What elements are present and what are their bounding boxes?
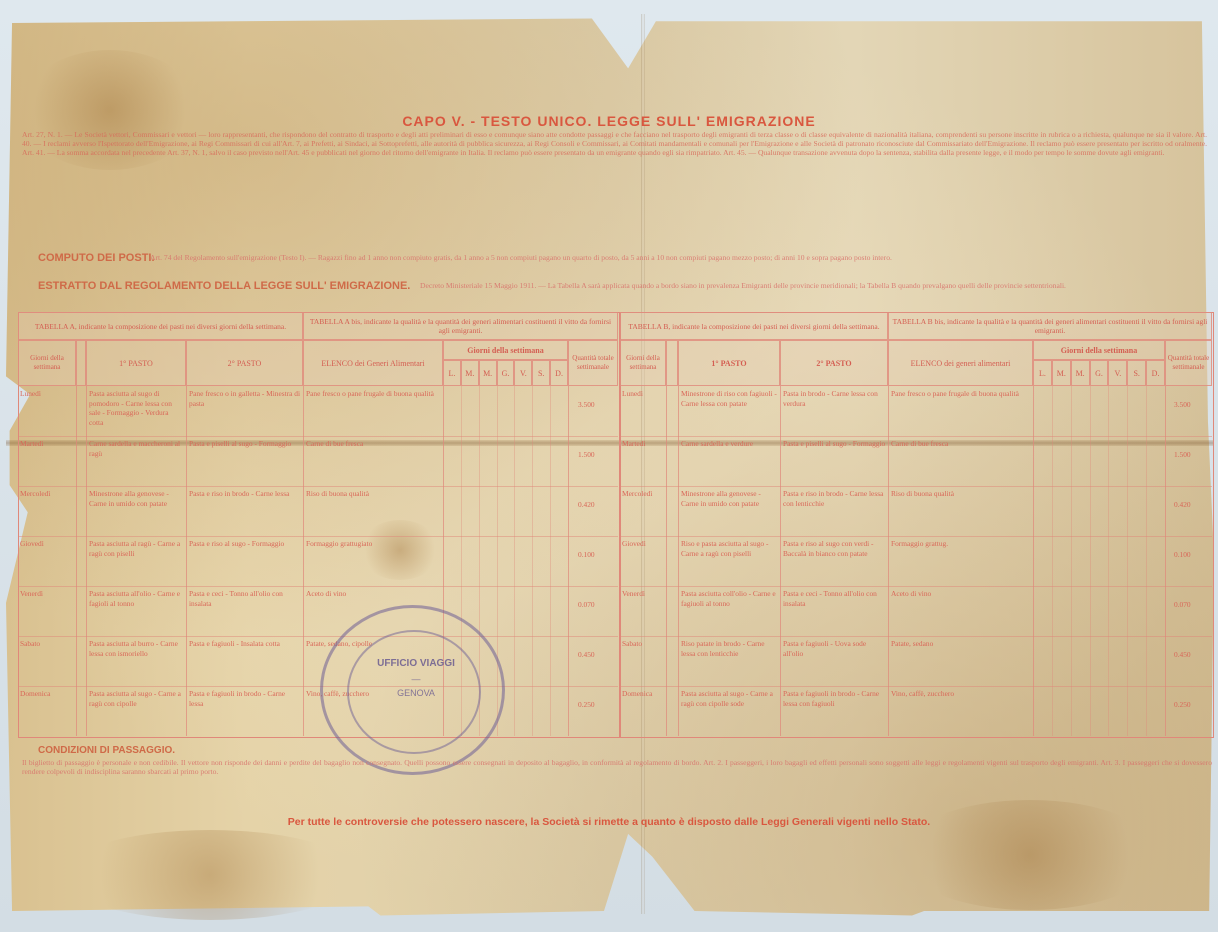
table-b-narrow-col — [666, 340, 678, 386]
row-total: 0.250 — [578, 700, 595, 709]
intro-paragraph: Art. 27, N. 1. — Le Società vettori, Com… — [22, 130, 1207, 248]
row-total: 0.070 — [1174, 600, 1191, 609]
weekday-header: V. — [514, 360, 532, 386]
row-food-item: Riso di buona qualità — [891, 489, 1031, 534]
row-day: Sabato — [20, 639, 75, 684]
table-a-first-meal-header: 1° PASTO — [86, 340, 186, 386]
row-first-meal: Minestrone alla genovese - Carne in umid… — [681, 489, 778, 534]
row-second-meal: Pasta e fagiuoli in brodo - Carne lessa — [189, 689, 301, 734]
row-first-meal: Carne sardella e maccheroni al ragù — [89, 439, 184, 484]
weekday-header: V. — [1108, 360, 1127, 386]
row-first-meal: Pasta asciutta al sugo di pomodoro - Car… — [89, 389, 184, 434]
row-divider — [620, 686, 1212, 687]
row-day: Venerdì — [622, 589, 666, 634]
row-food-item: Vino, caffè, zucchero — [891, 689, 1031, 734]
row-day: Martedì — [622, 439, 666, 484]
column-divider — [514, 386, 515, 736]
weekday-header: S. — [532, 360, 550, 386]
table-a-caption: TABELLA A, indicante la composizione dei… — [18, 312, 303, 340]
row-day: Mercoledì — [622, 489, 666, 534]
row-total: 0.420 — [1174, 500, 1191, 509]
row-second-meal: Pasta e piselli al sugo - Formaggio — [783, 439, 886, 484]
row-second-meal: Pasta e riso al sugo - Formaggio — [189, 539, 301, 584]
column-divider — [1165, 386, 1166, 736]
table-b-bis-caption: TABELLA B bis, indicante la qualità e la… — [888, 312, 1212, 340]
table-b-second-meal-header: 2° PASTO — [780, 340, 888, 386]
table-b-weekdays-header: Giorni della settimana — [1033, 340, 1165, 360]
weekday-header: L. — [443, 360, 461, 386]
row-divider — [620, 486, 1212, 487]
column-divider — [666, 386, 667, 736]
row-day: Domenica — [20, 689, 75, 734]
row-second-meal: Pasta e fagiuoli in brodo - Carne lessa … — [783, 689, 886, 734]
column-divider — [1146, 386, 1147, 736]
row-divider — [620, 436, 1212, 437]
column-divider — [1071, 386, 1072, 736]
row-first-meal: Pasta asciutta al sugo - Carne a ragù co… — [681, 689, 778, 734]
row-second-meal: Pasta e riso in brodo - Carne lessa — [189, 489, 301, 534]
table-b-day-header: Giorni della settimana — [620, 340, 666, 386]
weekday-header: D. — [550, 360, 568, 386]
row-day: Giovedì — [622, 539, 666, 584]
row-food-item: Formaggio grattug. — [891, 539, 1031, 584]
computo-heading: COMPUTO DEI POSTI. — [38, 252, 155, 264]
row-second-meal: Pasta in brodo - Carne lessa con verdura — [783, 389, 886, 434]
column-divider — [550, 386, 551, 736]
row-divider — [18, 636, 618, 637]
row-food-item: Pane fresco o pane frugale di buona qual… — [891, 389, 1031, 434]
row-day: Lunedì — [622, 389, 666, 434]
column-divider — [1052, 386, 1053, 736]
row-total: 0.100 — [578, 550, 595, 559]
row-total: 0.450 — [578, 650, 595, 659]
row-second-meal: Pasta e riso al sugo con verdi - Baccalà… — [783, 539, 886, 584]
row-food-item: Patate, sedano — [891, 639, 1031, 684]
column-divider — [678, 386, 679, 736]
weekday-header: G. — [1090, 360, 1109, 386]
column-divider — [888, 386, 889, 736]
column-divider — [86, 386, 87, 736]
row-second-meal: Pasta e piselli al sugo - Formaggio — [189, 439, 301, 484]
row-day: Venerdì — [20, 589, 75, 634]
estratto-text: Decreto Ministeriale 15 Maggio 1911. — L… — [420, 281, 1210, 301]
row-total: 1.500 — [1174, 450, 1191, 459]
row-divider — [18, 686, 618, 687]
stain — [60, 830, 360, 920]
conditions-heading: CONDIZIONI DI PASSAGGIO. — [38, 745, 175, 756]
column-divider — [1127, 386, 1128, 736]
weekday-header: M. — [1071, 360, 1090, 386]
row-divider — [18, 536, 618, 537]
column-divider — [780, 386, 781, 736]
column-divider — [1108, 386, 1109, 736]
row-total: 3.500 — [1174, 400, 1191, 409]
table-a-foods-header: ELENCO dei Generi Alimentari — [303, 340, 443, 386]
column-divider — [1033, 386, 1034, 736]
row-day: Domenica — [622, 689, 666, 734]
column-divider — [568, 386, 569, 736]
row-food-item: Carne di bue fresca — [306, 439, 441, 484]
row-first-meal: Pasta asciutta coll'olio - Carne e fagiu… — [681, 589, 778, 634]
row-food-item: Riso di buona qualità — [306, 489, 441, 534]
row-first-meal: Minestrone alla genovese - Carne in umid… — [89, 489, 184, 534]
row-total: 0.070 — [578, 600, 595, 609]
row-total: 0.450 — [1174, 650, 1191, 659]
row-first-meal: Minestrone di riso con fagiuoli - Carne … — [681, 389, 778, 434]
document-title: CAPO V. - TESTO UNICO. LEGGE SULL' EMIGR… — [0, 113, 1218, 129]
weekday-header: S. — [1127, 360, 1146, 386]
stamp-line-1: UFFICIO VIAGGI — [361, 658, 471, 669]
column-divider — [1090, 386, 1091, 736]
row-total: 1.500 — [578, 450, 595, 459]
row-day: Lunedì — [20, 389, 75, 434]
row-first-meal: Carne sardella e verdure — [681, 439, 778, 484]
row-total: 0.250 — [1174, 700, 1191, 709]
row-day: Martedì — [20, 439, 75, 484]
row-day: Sabato — [622, 639, 666, 684]
table-b-caption: TABELLA B, indicante la composizione dei… — [620, 312, 888, 340]
ink-stamp: UFFICIO VIAGGI — GENOVA — [320, 605, 505, 775]
row-divider — [18, 436, 618, 437]
row-second-meal: Pasta e riso in brodo - Carne lessa con … — [783, 489, 886, 534]
weekday-header: M. — [1052, 360, 1071, 386]
row-divider — [18, 586, 618, 587]
weekday-header: M. — [479, 360, 497, 386]
row-food-item: Pane fresco o pane frugale di buona qual… — [306, 389, 441, 434]
row-second-meal: Pasta e fagiuoli - Insalata cotta — [189, 639, 301, 684]
row-first-meal: Pasta asciutta al sugo - Carne a ragù co… — [89, 689, 184, 734]
weekday-header: L. — [1033, 360, 1052, 386]
row-day: Mercoledì — [20, 489, 75, 534]
table-a-weekdays-header: Giorni della settimana — [443, 340, 568, 360]
row-divider — [620, 636, 1212, 637]
row-second-meal: Pasta e ceci - Tonno all'olio con insala… — [783, 589, 886, 634]
table-a-day-header: Giorni della settimana — [18, 340, 76, 386]
weekday-header: M. — [461, 360, 479, 386]
conditions-text: Il biglietto di passaggio è personale e … — [22, 758, 1212, 808]
row-food-item: Aceto di vino — [891, 589, 1031, 634]
column-divider — [186, 386, 187, 736]
row-second-meal: Pasta e ceci - Tonno all'olio con insala… — [189, 589, 301, 634]
column-divider — [303, 386, 304, 736]
table-a-second-meal-header: 2° PASTO — [186, 340, 303, 386]
row-total: 0.420 — [578, 500, 595, 509]
row-food-item: Carne di bue fresca — [891, 439, 1031, 484]
row-first-meal: Pasta asciutta al burro - Carne lessa co… — [89, 639, 184, 684]
weekday-header: G. — [497, 360, 515, 386]
row-first-meal: Riso patate in brodo - Carne lessa con l… — [681, 639, 778, 684]
computo-text: Art. 74 del Regolamento sull'emigrazione… — [150, 253, 1210, 271]
table-b-foods-header: ELENCO dei generi alimentari — [888, 340, 1033, 386]
stamp-line-2: — — [361, 674, 471, 684]
row-total: 3.500 — [578, 400, 595, 409]
row-total: 0.100 — [1174, 550, 1191, 559]
row-first-meal: Riso e pasta asciutta al sugo - Carne a … — [681, 539, 778, 584]
estratto-heading: ESTRATTO DAL REGOLAMENTO DELLA LEGGE SUL… — [38, 280, 410, 292]
row-day: Giovedì — [20, 539, 75, 584]
stamp-line-3: GENOVA — [361, 688, 471, 698]
row-divider — [620, 536, 1212, 537]
row-divider — [620, 586, 1212, 587]
row-food-item: Formaggio grattugiato — [306, 539, 441, 584]
row-second-meal: Pane fresco o in galletta - Minestra di … — [189, 389, 301, 434]
table-a-narrow-col — [76, 340, 86, 386]
weekday-header: D. — [1146, 360, 1165, 386]
table-b-total-header: Quantità totale settimanale — [1165, 340, 1212, 386]
row-divider — [18, 486, 618, 487]
table-a-total-header: Quantità totale settimanale — [568, 340, 618, 386]
row-second-meal: Pasta e fagiuoli - Uova sode all'olio — [783, 639, 886, 684]
table-a-bis-caption: TABELLA A bis, indicante la qualità e la… — [303, 312, 618, 340]
column-divider — [76, 386, 77, 736]
row-first-meal: Pasta asciutta all'olio - Carne e fagiol… — [89, 589, 184, 634]
footer-note: Per tutte le controversie che potessero … — [0, 816, 1218, 828]
row-first-meal: Pasta asciutta al ragù - Carne a ragù co… — [89, 539, 184, 584]
column-divider — [532, 386, 533, 736]
table-b-first-meal-header: 1° PASTO — [678, 340, 780, 386]
